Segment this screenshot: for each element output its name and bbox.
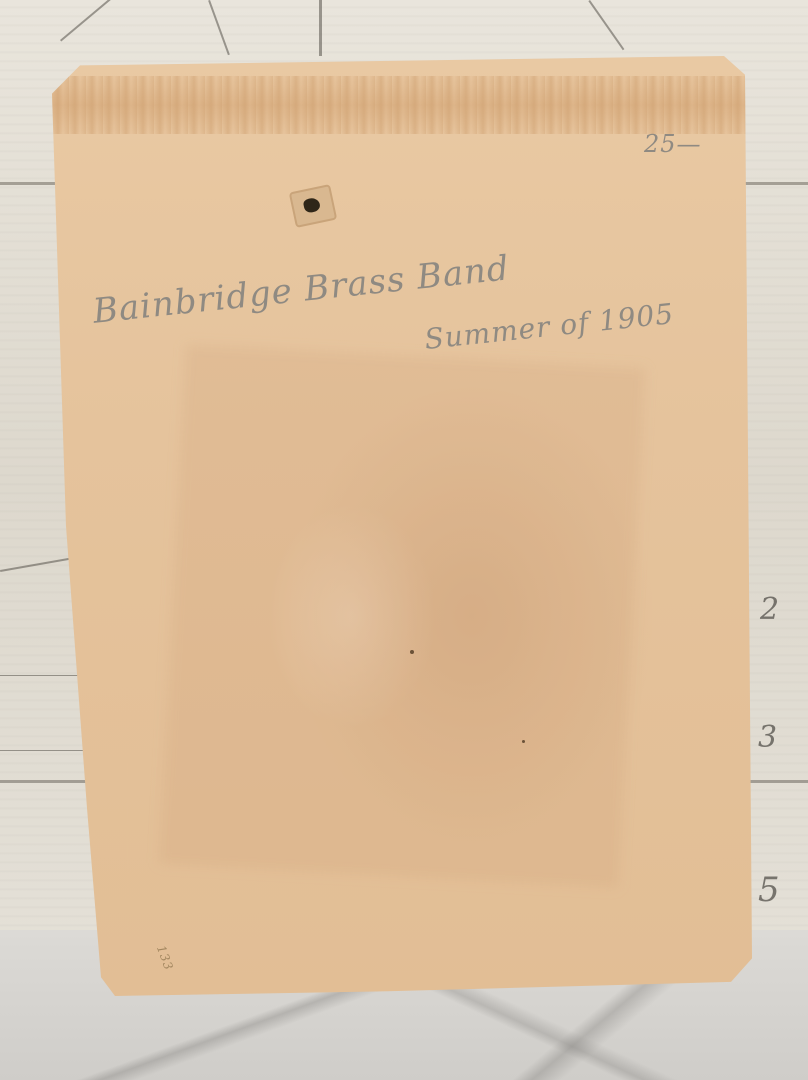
inscription-line1: Bainbridge Brass Band — [91, 248, 511, 332]
glue-residue-strip — [52, 76, 752, 134]
corner-mark: 133 — [154, 943, 176, 972]
wood-crack — [588, 0, 624, 50]
spot — [410, 650, 414, 654]
wood-crack — [319, 0, 322, 56]
wood-numeral: 5 — [758, 870, 780, 910]
inscription-line2: Summer of 1905 — [423, 297, 676, 356]
wood-numeral: 3 — [758, 720, 777, 755]
wood-crack — [60, 0, 123, 42]
wood-crack — [0, 556, 79, 572]
torn-hole — [289, 184, 338, 228]
cabinet-card-back: 25— Bainbridge Brass Band Summer of 1905… — [52, 56, 752, 996]
photo-scene: 2 3 5 25— Bainbridge Brass Band Summer o… — [0, 0, 808, 1080]
wood-numeral: 2 — [760, 592, 779, 627]
wood-crack — [208, 0, 230, 55]
photo-ghost-stain — [159, 344, 646, 887]
spot — [522, 740, 525, 743]
wood-crack — [0, 750, 90, 751]
wood-crack — [0, 675, 90, 676]
price-mark: 25— — [644, 130, 702, 158]
